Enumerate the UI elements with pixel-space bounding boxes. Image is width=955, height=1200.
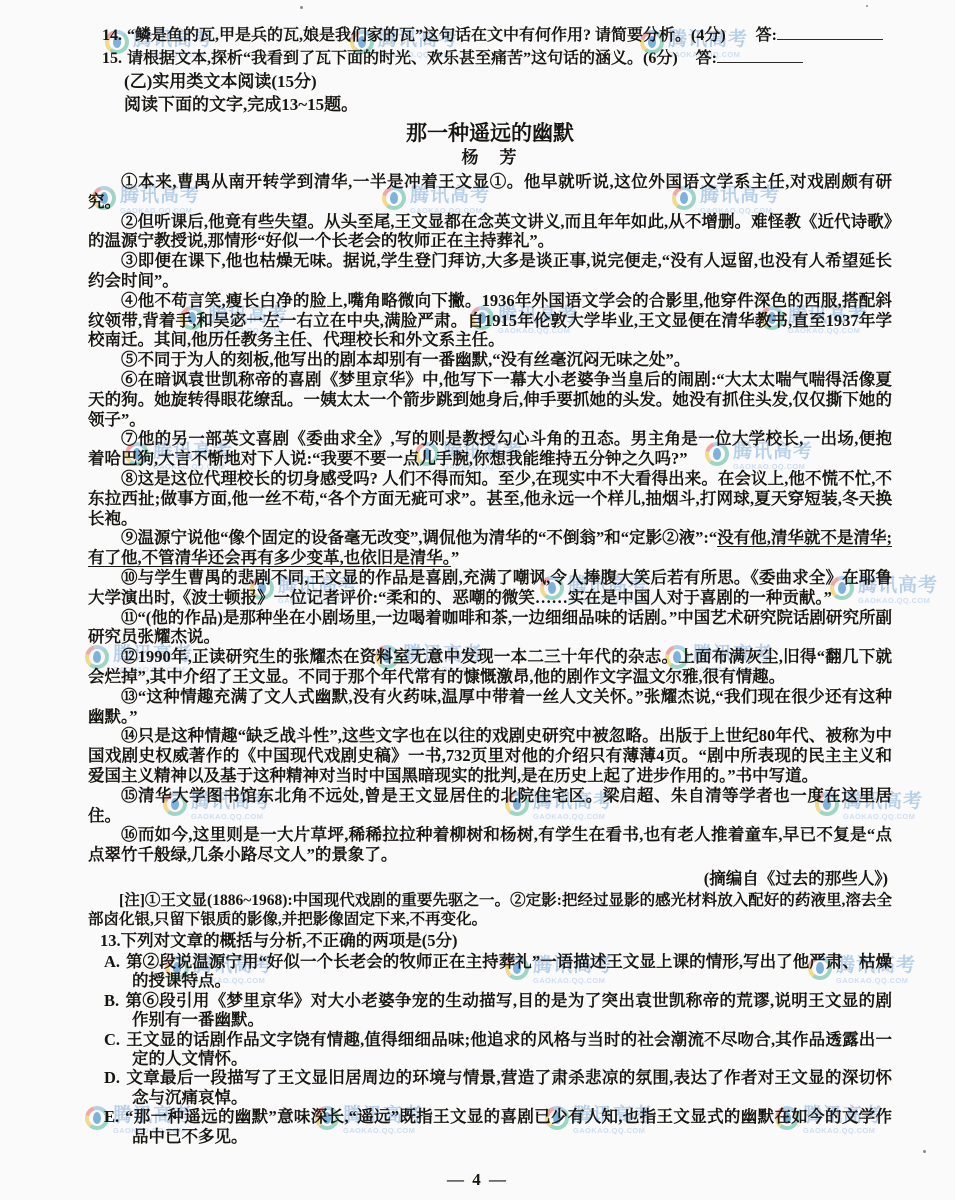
article-paragraph-11: ⑪“(他的作品)是那种坐在小剧场里,一边喝着咖啡和茶,一边细细品味的话剧。”中国… [88,608,892,648]
exam-page: 14.“鳞是鱼的瓦,甲是兵的瓦,娘是我们家的瓦”这句话在文中有何作用? 请简要分… [88,24,892,1146]
footnote: [注]①王文显(1886~1968):中国现代戏剧的重要先驱之一。②定影:把经过… [88,891,892,930]
article-paragraph-14: ⑭只是这种情趣“缺乏战斗性”,这些文字也在以往的戏剧史研究中被忽略。出版于上世纪… [88,726,892,785]
article-paragraph-12: ⑫1990年,正读研究生的张耀杰在资料室无意中发现一本二三十年代的杂志。上面布满… [88,647,892,687]
question-13-options: A.第②段说温源宁用“好似一个长老会的牧师正在主持葬礼”一语描述王文显上课的情形… [104,952,892,1146]
article-paragraph-13: ⑬“这种情趣充满了文人式幽默,没有火药味,温厚中带着一丝人文关怀。”张耀杰说,“… [88,687,892,727]
question-14-text: “鳞是鱼的瓦,甲是兵的瓦,娘是我们家的瓦”这句话在文中有何作用? 请简要分析。(… [127,27,726,44]
question-15-text: 请根据文本,探析“我看到了瓦下面的时光、欢乐甚至痛苦”这句话的涵义。(6分) [127,50,678,67]
scan-speck [300,6,303,9]
answer-label: 答: [696,50,717,67]
source-attribution: (摘编自《过去的那些人》) [88,867,888,890]
option-a: A.第②段说温源宁用“好似一个长老会的牧师正在主持葬礼”一语描述王文显上课的情形… [104,952,892,991]
article-paragraph-10: ⑩与学生曹禺的悲剧不同,王文显的作品是喜剧,充满了嘲讽,令人捧腹大笑后若有所思。… [88,568,892,608]
answer-label: 答: [756,27,777,44]
question-15-number: 15. [102,50,122,67]
article-paragraph-15: ⑮清华大学图书馆东北角不远处,曾是王文显居住的北院住宅区。梁启超、朱自清等学者也… [88,786,892,826]
question-14-number: 14. [102,27,122,44]
option-c: C.王文显的话剧作品文字饶有情趣,值得细细品味;他追求的风格与当时的社会潮流不尽… [104,1030,892,1069]
scan-speck [923,1150,926,1153]
question-15: 15.请根据文本,探析“我看到了瓦下面的时光、欢乐甚至痛苦”这句话的涵义。(6分… [102,47,892,70]
article-paragraph-6: ⑥在暗讽袁世凯称帝的喜剧《梦里京华》中,他写下一幕大小老婆争当皇后的闹剧:“大太… [88,370,892,429]
article-paragraph-3: ③即便在课下,他也枯燥无味。据说,学生登门拜访,大多是谈正事,说完便走,“没有人… [88,251,892,291]
option-e: E.“那一种遥远的幽默”意味深长,“遥远”既指王文显的喜剧已少有人知,也指王文显… [104,1107,892,1146]
article-paragraph-1: ①本来,曹禺从南开转学到清华,一半是冲着王文显①。他早就听说,这位外国语文学系主… [88,172,892,212]
scan-speck [866,5,868,7]
option-d: D.文章最后一段描写了王文显旧居周边的环境与情景,营造了肃杀悲凉的氛围,表达了作… [104,1068,892,1107]
question-13-stem: 13.下列对文章的概括与分析,不正确的两项是(5分) [100,930,892,952]
article-paragraph-5: ⑤不同于为人的刻板,他写出的剧本却别有一番幽默,“没有丝毫沉闷无味之处”。 [88,350,892,370]
article-paragraph-2: ②但听课后,他竟有些失望。从头至尾,王文显都在念英文讲义,而且年年如此,从不增删… [88,212,892,252]
option-b: B.第⑥段引用《梦里京华》对大小老婆争宠的生动描写,目的是为了突出袁世凯称帝的荒… [104,991,892,1030]
reading-instruction: 阅读下面的文字,完成13~15题。 [124,93,892,116]
article-paragraph-4: ④他不苟言笑,瘦长白净的脸上,嘴角略微向下撇。1936年外国语文学会的合影里,他… [88,291,892,350]
article-paragraph-8: ⑧这是这位代理校长的切身感受吗? 人们不得而知。至少,在现实中不大看得出来。在会… [88,469,892,528]
answer-blank [717,49,803,63]
question-14: 14.“鳞是鱼的瓦,甲是兵的瓦,娘是我们家的瓦”这句话在文中有何作用? 请简要分… [102,24,892,47]
section-heading: (乙)实用类文本阅读(15分) [124,70,892,93]
article-paragraph-7: ⑦他的另一部英文喜剧《委曲求全》,写的则是教授勾心斗角的丑态。男主角是一位大学校… [88,429,892,469]
article-paragraph-9: ⑨温源宁说他“像个固定的设备毫无改变”,调侃他为清华的“不倒翁”和“定影②液”:… [88,528,892,568]
page-number: — 4 — [0,1170,955,1190]
article-author: 杨 芳 [88,147,892,169]
answer-blank [777,26,883,40]
article-paragraph-16: ⑯而如今,这里则是一大片草坪,稀稀拉拉种着柳树和杨树,有学生在看书,也有老人推着… [88,825,892,865]
article-title: 那一种遥远的幽默 [88,120,892,147]
